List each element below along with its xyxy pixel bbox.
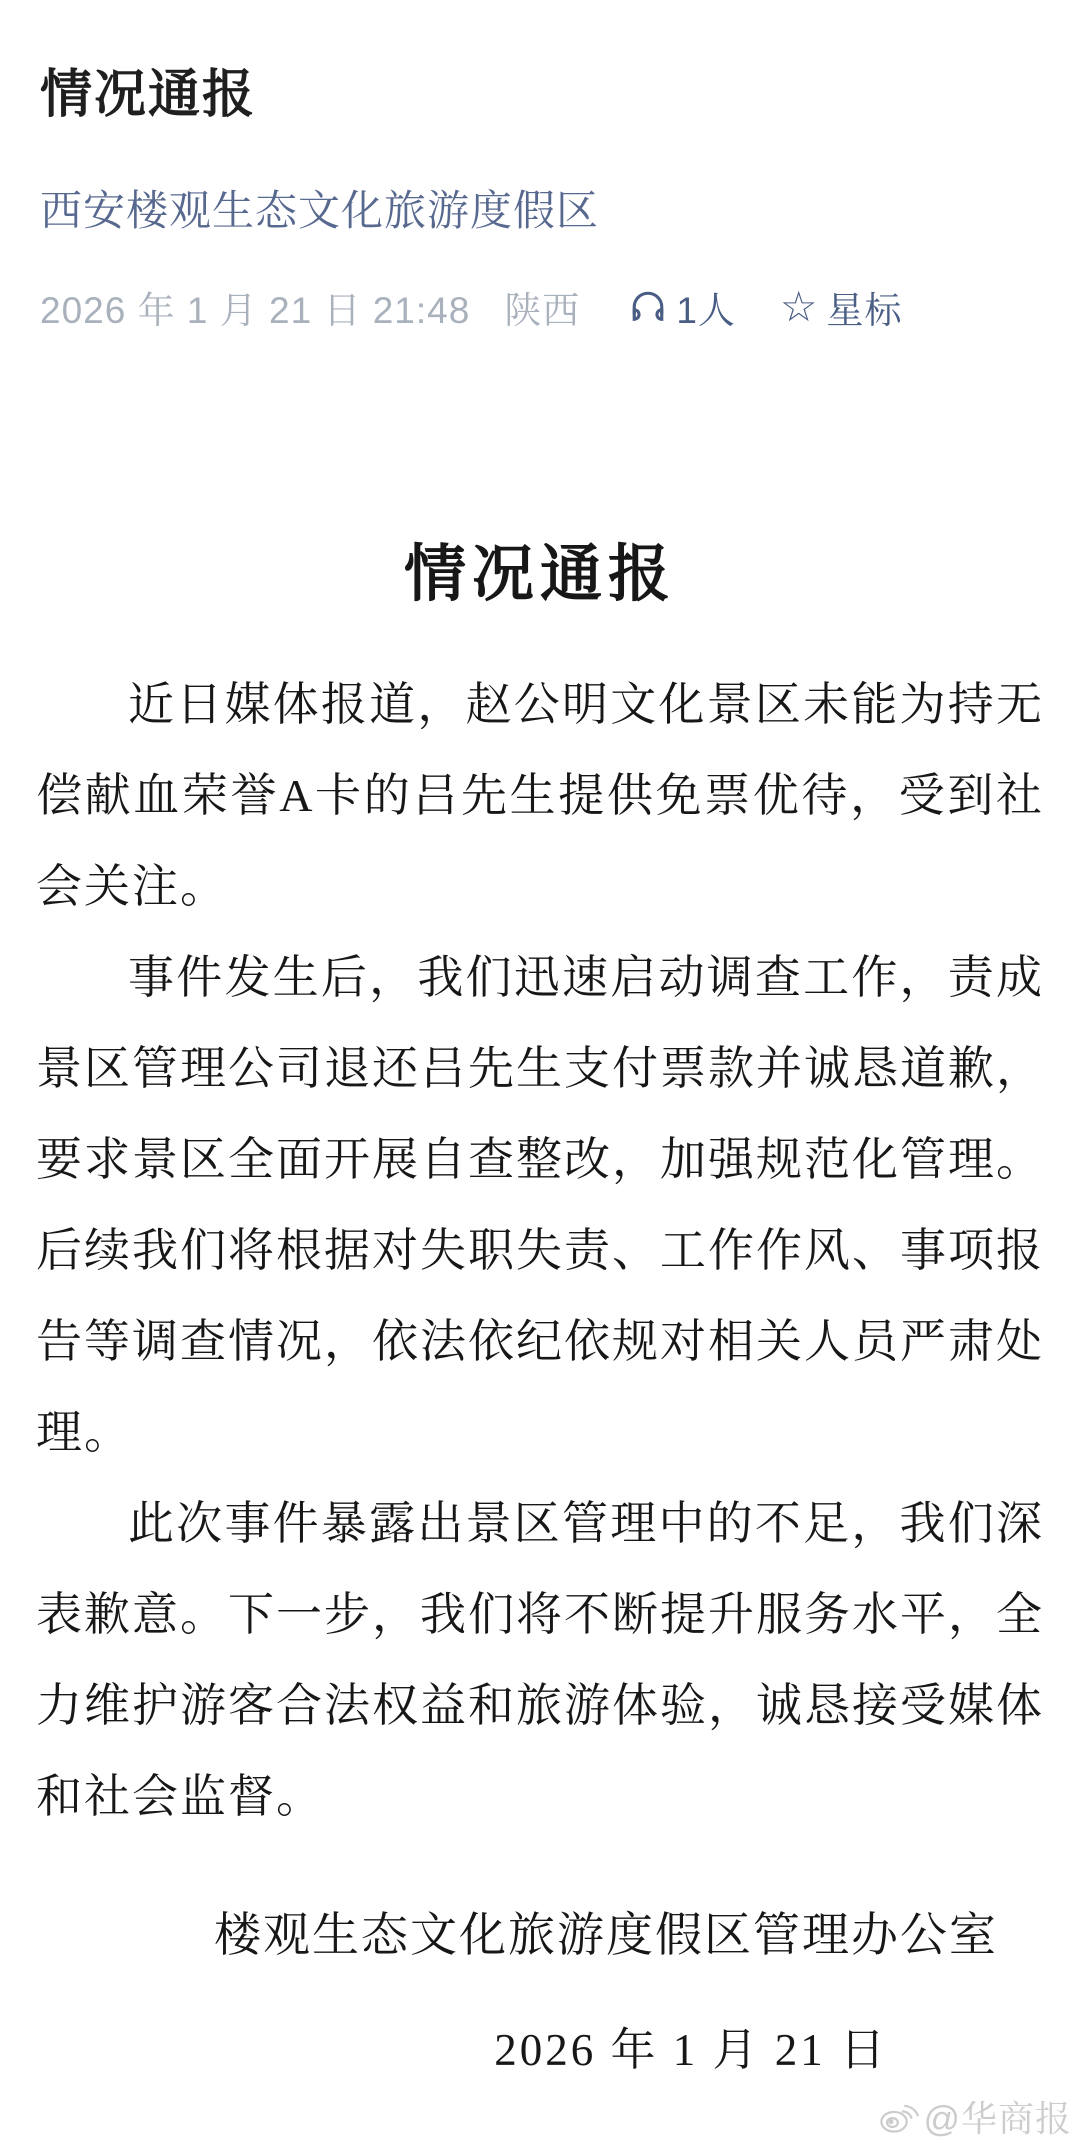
notice-date: 2026 年 1 月 21 日 <box>0 2013 1080 2078</box>
watermark-text: @华商报 <box>923 2091 1072 2142</box>
weibo-logo-icon <box>877 2098 923 2136</box>
notice-paragraph: 近日媒体报道，赵公明文化景区未能为持无偿献血荣誉A卡的吕先生提供免票优待，受到社… <box>36 659 1044 932</box>
star-label: 星标 <box>827 280 903 334</box>
notice-title: 情况通报 <box>0 524 1080 613</box>
notice-document: 情况通报 近日媒体报道，赵公明文化景区未能为持无偿献血荣誉A卡的吕先生提供免票优… <box>0 524 1080 2078</box>
listeners-button[interactable]: 1人 <box>626 280 736 334</box>
post-header: 情况通报 西安楼观生态文化旅游度假区 2026 年 1 月 21 日 21:48… <box>0 0 1080 334</box>
notice-signature: 楼观生态文化旅游度假区管理办公室 <box>0 1898 1080 1965</box>
notice-paragraph: 此次事件暴露出景区管理中的不足，我们深表歉意。下一步，我们将不断提升服务水平，全… <box>36 1478 1044 1842</box>
post-location: 陕西 <box>504 280 580 334</box>
star-icon: ☆ <box>780 286 819 328</box>
headphones-icon <box>626 285 676 329</box>
watermark: @华商报 <box>877 2091 1072 2142</box>
post-title: 情况通报 <box>40 66 1040 126</box>
notice-body: 近日媒体报道，赵公明文化景区未能为持无偿献血荣誉A卡的吕先生提供免票优待，受到社… <box>0 659 1080 1842</box>
post-meta-row: 2026 年 1 月 21 日 21:48 陕西 1人 ☆ 星标 <box>40 280 1040 334</box>
post-datetime: 2026 年 1 月 21 日 21:48 <box>40 280 470 334</box>
listeners-count: 1人 <box>676 280 736 334</box>
weibo-post-screenshot: 情况通报 西安楼观生态文化旅游度假区 2026 年 1 月 21 日 21:48… <box>0 0 1080 2150</box>
notice-paragraph: 事件发生后，我们迅速启动调查工作，责成景区管理公司退还吕先生支付票款并诚恳道歉，… <box>36 932 1044 1478</box>
account-name-link[interactable]: 西安楼观生态文化旅游度假区 <box>40 178 1040 238</box>
star-button[interactable]: ☆ 星标 <box>780 280 903 334</box>
